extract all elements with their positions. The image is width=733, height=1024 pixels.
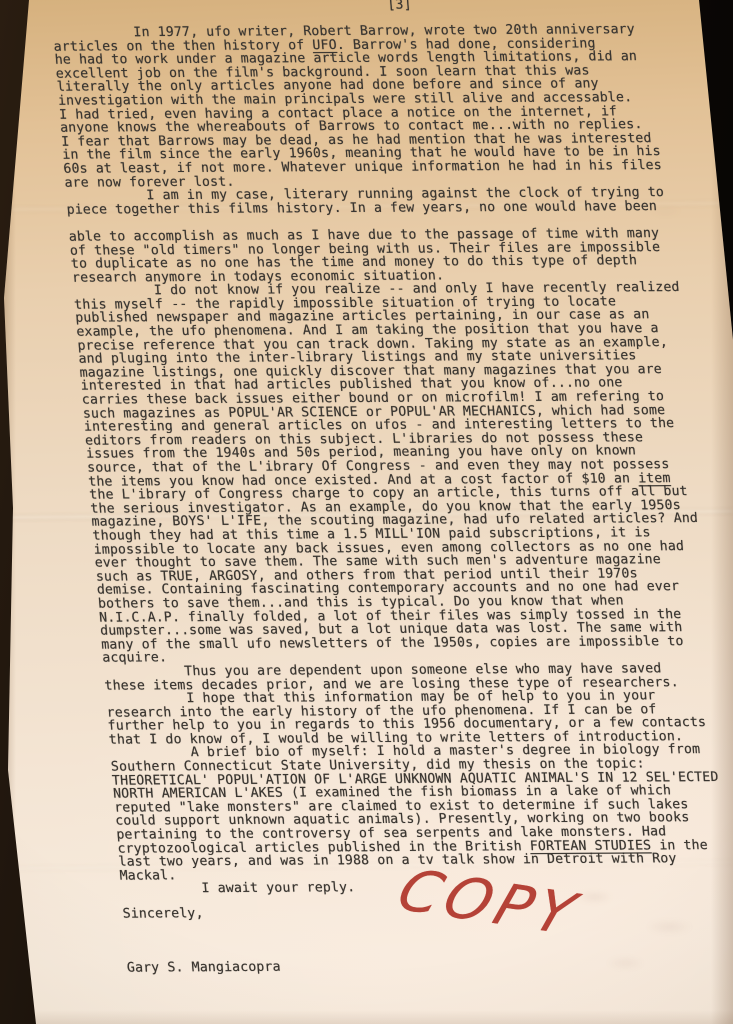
page-number: [3] — [387, 0, 412, 12]
photo-background: 7 APRIL 1997 [3] In 1977, ufo writer, Ro… — [0, 0, 733, 1024]
closing-line: Sincerely, — [122, 907, 204, 921]
date-line-partial: 7 APRIL 1997 — [87, 0, 185, 2]
signature-name: Gary S. Mangiacopra — [126, 961, 281, 976]
letter-content: 7 APRIL 1997 [3] In 1977, ufo writer, Ro… — [0, 0, 733, 1024]
letter-page: 7 APRIL 1997 [3] In 1977, ufo writer, Ro… — [0, 0, 733, 1024]
letter-body: In 1977, ufo writer, Robert Barrow, wrot… — [52, 23, 733, 897]
